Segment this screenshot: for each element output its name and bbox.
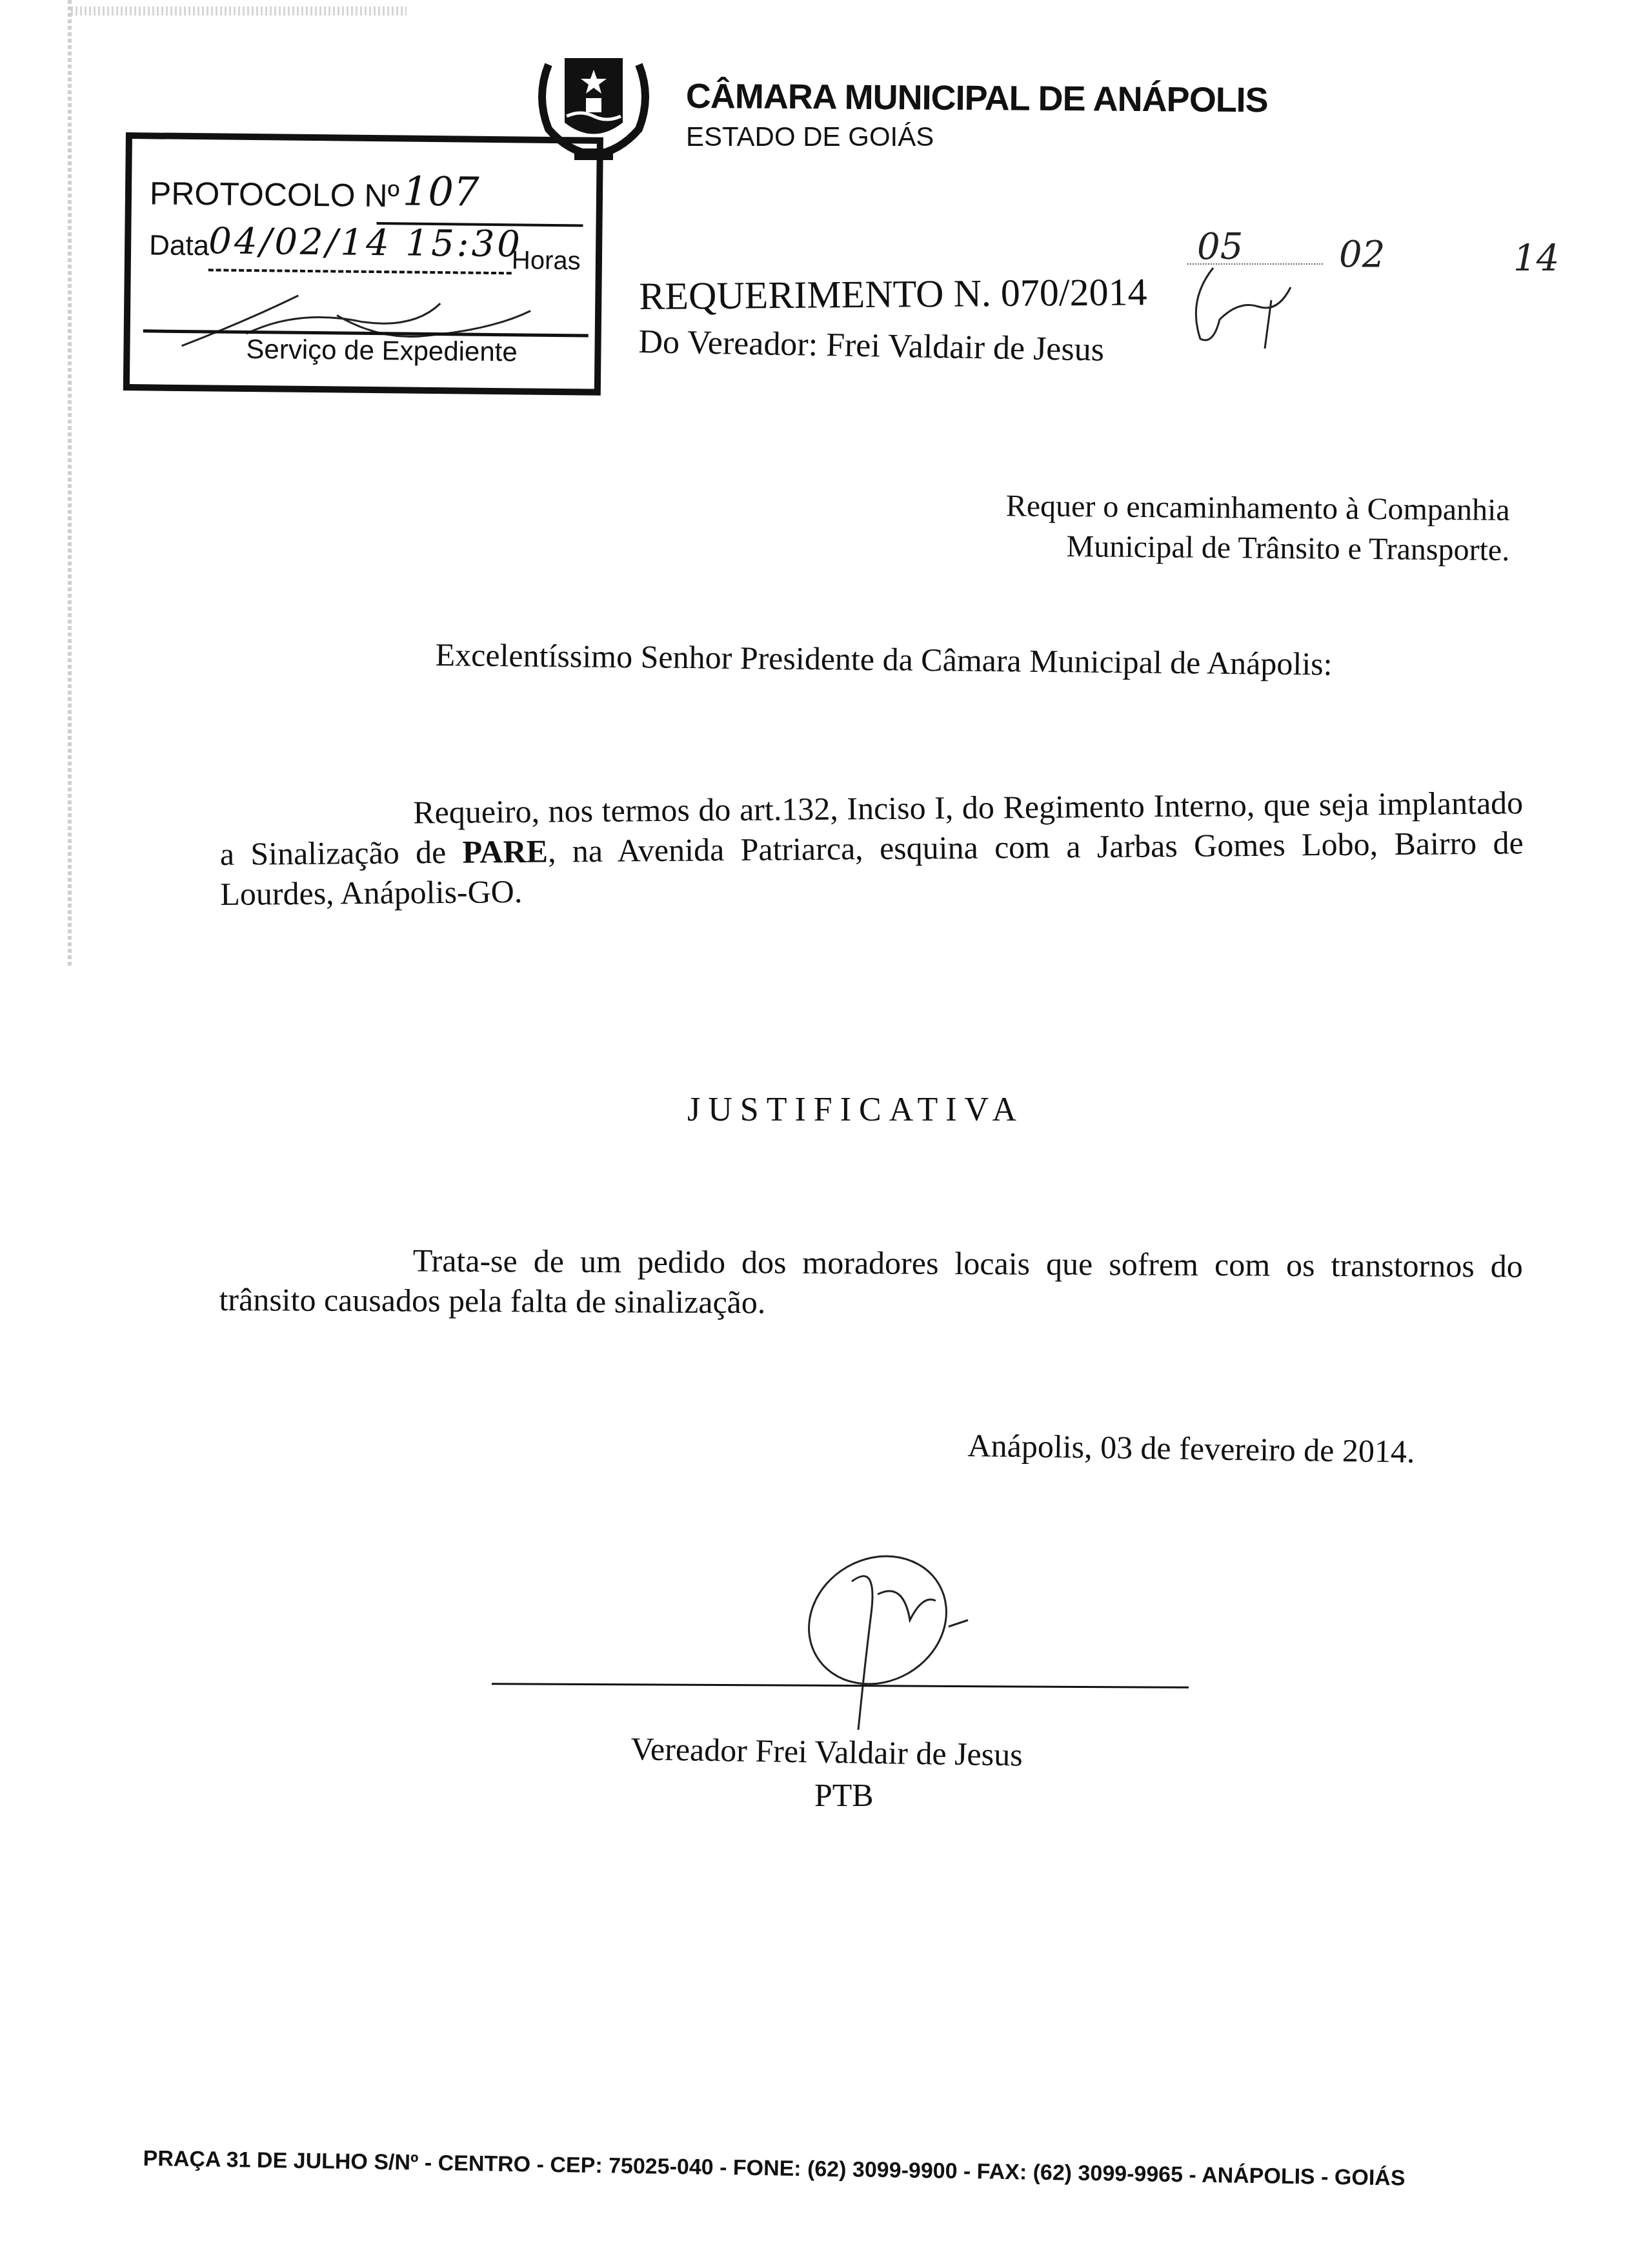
request-paragraph: Requeiro, nos termos do art.132, Inciso … xyxy=(219,782,1524,914)
justification-title: JUSTIFICATIVA xyxy=(687,1091,1024,1129)
state-name: ESTADO DE GOIÁS xyxy=(686,121,934,152)
summary-line: Requer o encaminhamento à Companhia xyxy=(1005,486,1510,531)
summary: Requer o encaminhamento à Companhia Muni… xyxy=(1005,486,1510,571)
servico-label: Serviço de Expediente xyxy=(246,334,518,367)
signature-icon xyxy=(774,1536,1032,1730)
handwritten-year: 14 xyxy=(1513,238,1559,279)
footer-address: PRAÇA 31 DE JULHO S/Nº - CENTRO - CEP: 7… xyxy=(143,2146,1405,2191)
scan-edge-artifact xyxy=(68,0,72,968)
protocolo-label: PROTOCOLO Nº xyxy=(150,174,399,214)
party-name: PTB xyxy=(814,1776,874,1814)
justification-paragraph: Trata-se de um pedido dos moradores loca… xyxy=(219,1239,1523,1326)
summary-line: Municipal de Trânsito e Transporte. xyxy=(1005,526,1510,571)
data-label: Data xyxy=(149,229,209,262)
data-value: 04/02/14 15:30 xyxy=(208,220,523,265)
scan-top-artifact xyxy=(71,6,407,15)
protocol-stamp: PROTOCOLO Nº 107 Data 04/02/14 15:30 Hor… xyxy=(123,132,603,396)
data-line xyxy=(208,269,512,274)
rubric-icon xyxy=(1174,261,1316,352)
signer-name: Vereador Frei Valdair de Jesus xyxy=(630,1730,1023,1774)
place-date: Anápolis, 03 de fevereiro de 2014. xyxy=(967,1426,1415,1470)
horas-label: Horas xyxy=(512,246,581,276)
protocolo-number: 107 xyxy=(403,168,479,216)
author-line: Do Vereador: Frei Valdair de Jesus xyxy=(638,323,1104,369)
document-reference: REQUERIMENTO N. 070/2014 xyxy=(639,270,1147,319)
salutation: Excelentíssimo Senhor Presidente da Câma… xyxy=(435,636,1333,683)
document-page: CÂMARA MUNICIPAL DE ANÁPOLIS ESTADO DE G… xyxy=(0,0,1652,2263)
institution-name: CÂMARA MUNICIPAL DE ANÁPOLIS xyxy=(686,76,1268,120)
handwritten-month: 02 xyxy=(1339,234,1385,276)
